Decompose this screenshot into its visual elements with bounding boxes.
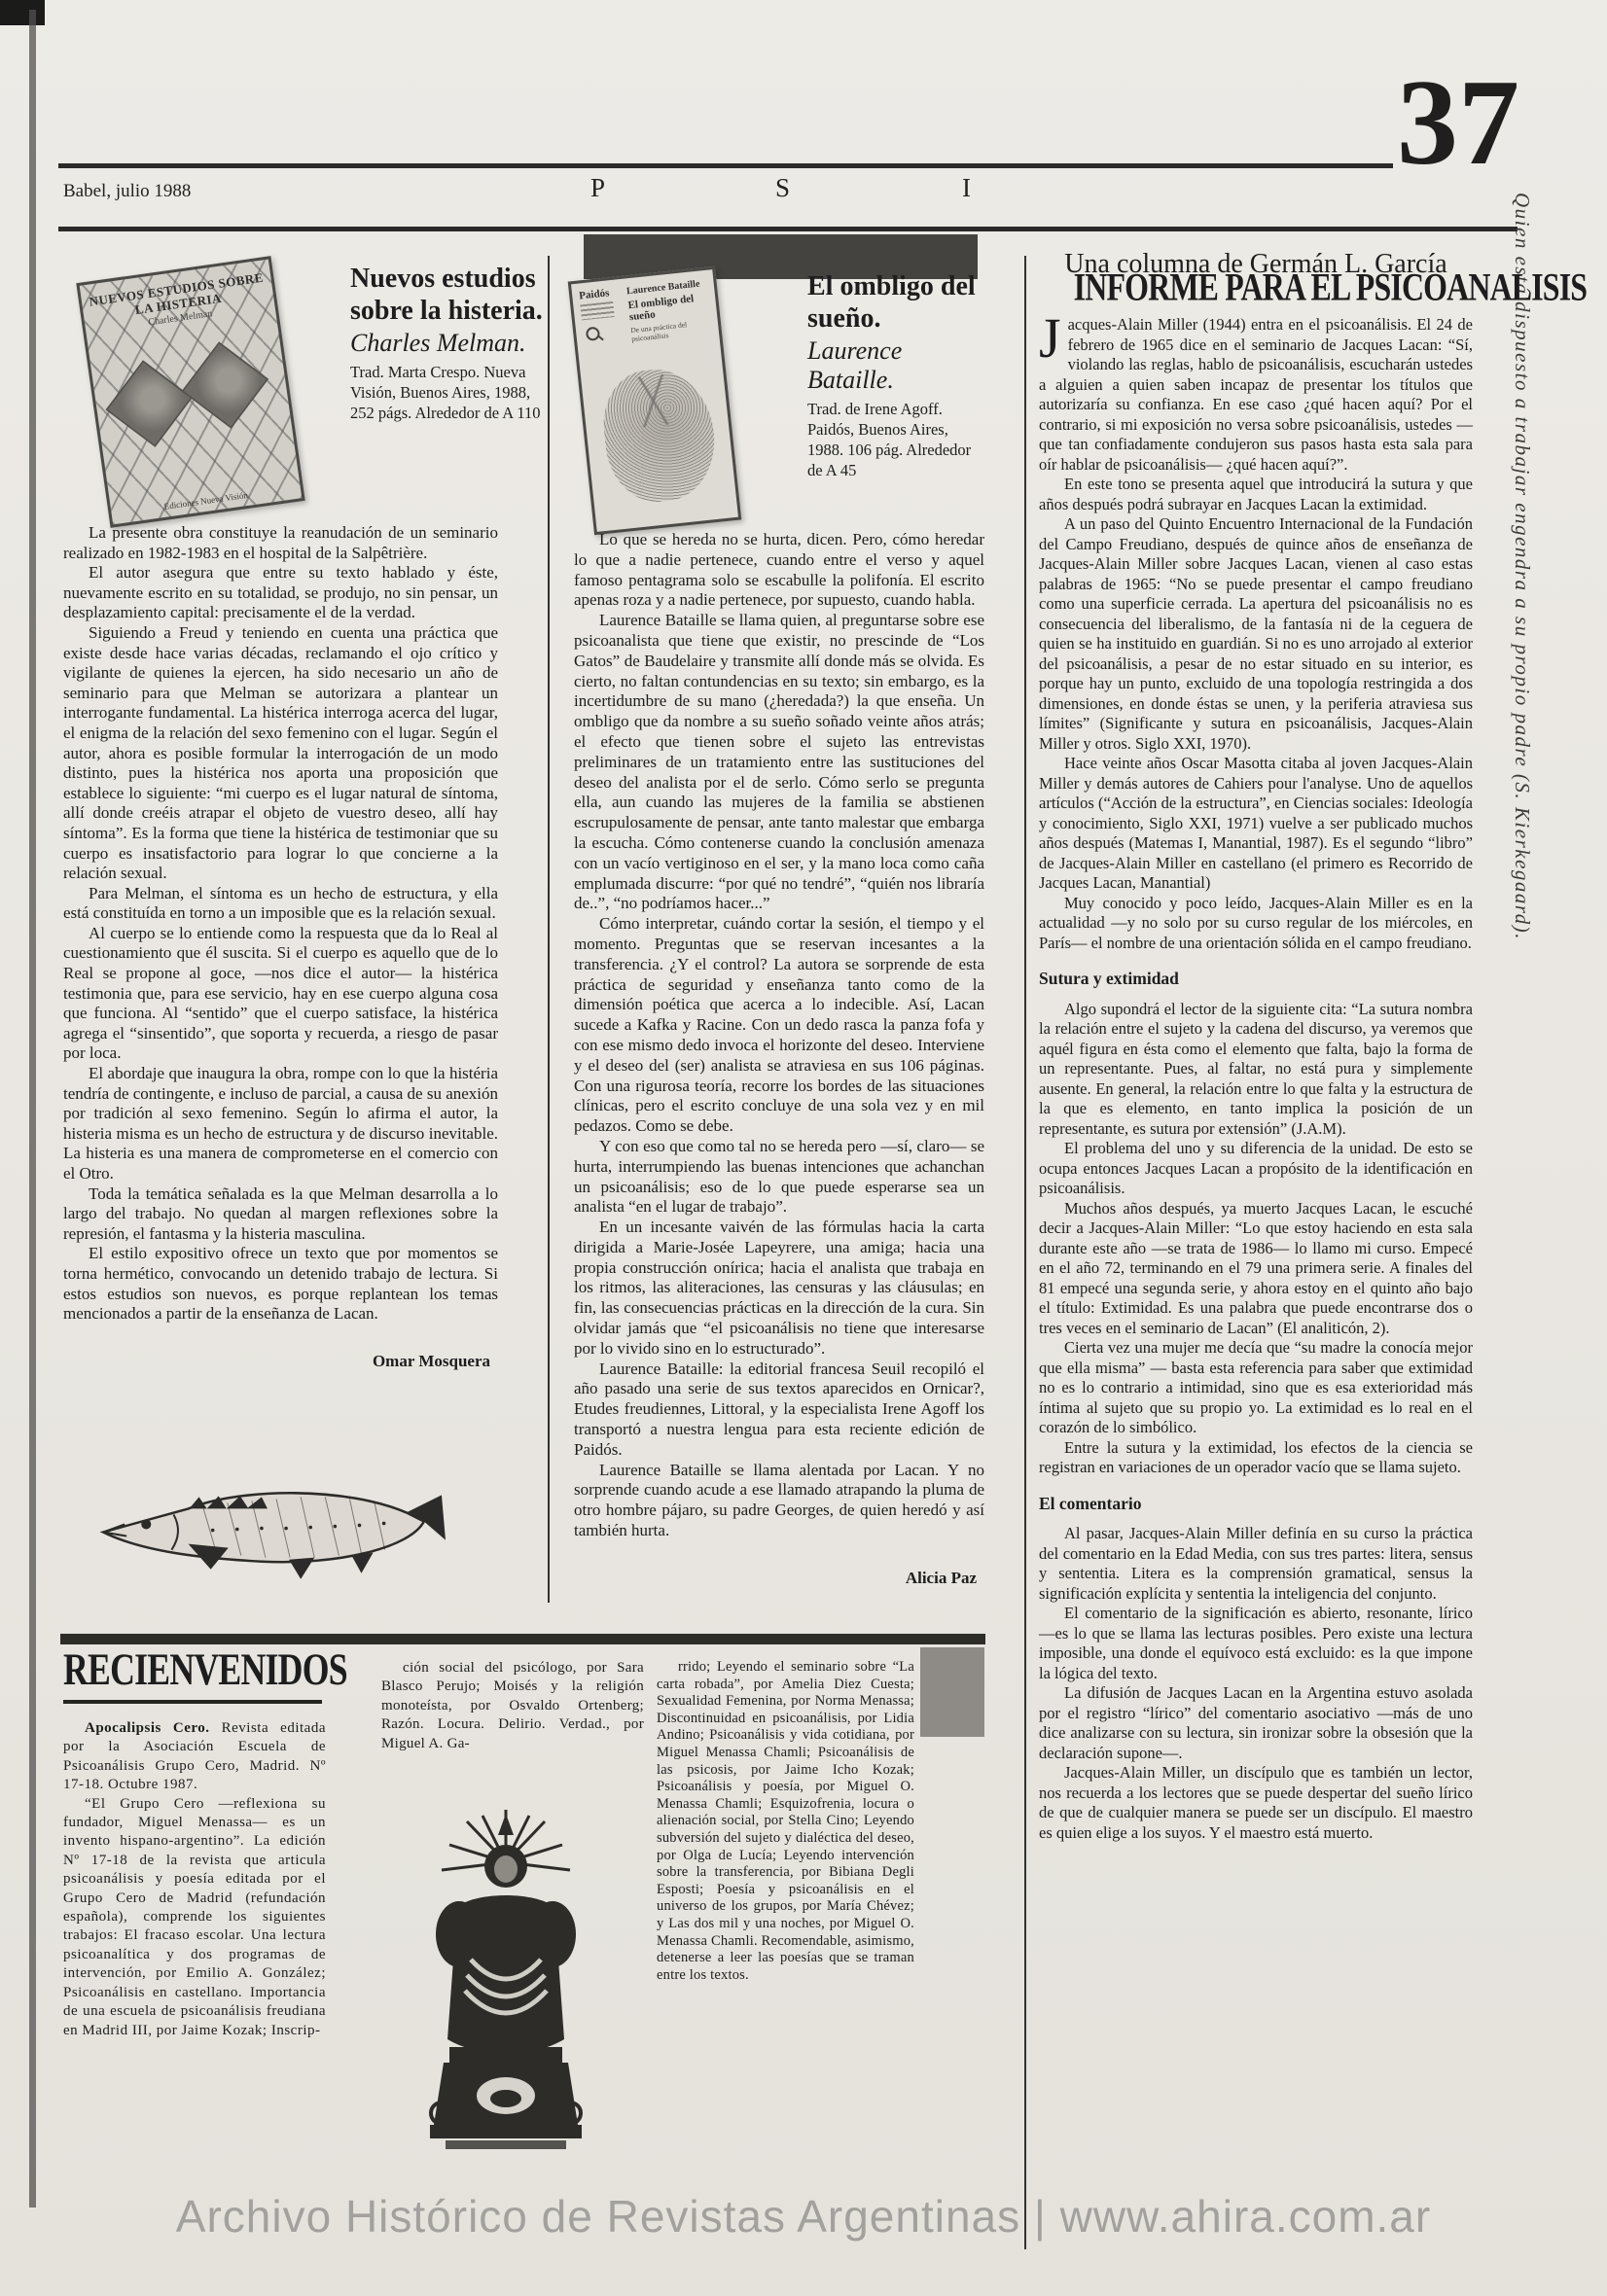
scan-corner-artifact — [0, 0, 45, 25]
review1-author: Charles Melman. — [350, 329, 543, 358]
paragraph: Laurence Bataille se llama quien, al pre… — [574, 611, 984, 914]
review1-byline: Omar Mosquera — [63, 1352, 490, 1372]
paragraph: El estilo expositivo ofrece un texto que… — [63, 1244, 498, 1324]
paragraph: Entre la sutura y la extimidad, los efec… — [1039, 1438, 1473, 1478]
section-letter-i: I — [962, 173, 971, 203]
masthead: Babel, julio 1988 — [63, 181, 191, 202]
paragraph: La difusión de Jacques Lacan en la Argen… — [1039, 1683, 1473, 1763]
statue-engraving-illustration — [416, 1802, 595, 2168]
paragraph: Para Melman, el síntoma es un hecho de e… — [63, 884, 498, 924]
book-cover-melman: NUEVOS ESTUDIOS SOBRE LA HISTERIA Charle… — [76, 256, 304, 528]
magazine-title: Apocalipsis Cero. — [85, 1720, 210, 1736]
cover-collection-lines — [580, 301, 614, 320]
garcia-column: Una columna de Germán L. García INFORME … — [1039, 255, 1473, 1843]
subheading-comentario: El comentario — [1039, 1494, 1473, 1514]
review2-body: Lo que se hereda no se hurta, dicen. Per… — [574, 530, 984, 1589]
paragraph: El comentario de la significación es abi… — [1039, 1604, 1473, 1683]
paragraph: El problema del uno y su diferencia de l… — [1039, 1139, 1473, 1199]
paragraph: Cómo interpretar, cuándo cortar la sesió… — [574, 914, 984, 1137]
column-divider-right — [1024, 256, 1026, 2249]
recienvenidos-heading: RECIENVENIDOS — [63, 1647, 347, 1693]
header-rule-bottom — [58, 227, 1518, 231]
review1-paragraphs: La presente obra constituye la reanudaci… — [63, 523, 498, 1325]
paragraph: Lo que se hereda no se hurta, dicen. Per… — [574, 530, 984, 611]
paragraph: Muchos años después, ya muerto Jacques L… — [1039, 1199, 1473, 1339]
review2-byline: Alicia Paz — [574, 1569, 977, 1589]
header-rule-top — [58, 163, 1393, 168]
magazine-page-scan: Babel, julio 1988 P S I 37 Quien está di… — [0, 0, 1607, 2296]
paragraph: El autor asegura que entre su texto habl… — [63, 563, 498, 623]
cover-etching-illustration — [598, 364, 721, 507]
paragraph: Jacques-Alain Miller, un discípulo que e… — [1039, 1763, 1473, 1843]
paragraph: Al cuerpo se lo entiende como la respues… — [63, 924, 498, 1064]
lead-paragraph-text: acques-Alain Miller (1944) entra en el p… — [1039, 315, 1473, 474]
review2-paragraphs: Lo que se hereda no se hurta, dicen. Per… — [574, 530, 984, 1541]
cover-publisher-logo-text: Paidós — [579, 287, 610, 301]
paragraph: Apocalipsis Cero. Revista editada por la… — [63, 1719, 326, 1795]
paragraph: A un paso del Quinto Encuentro Internaci… — [1039, 514, 1473, 754]
paragraph: En este tono se presenta aquel que intro… — [1039, 475, 1473, 514]
review1-imprint: Trad. Marta Crespo. Nueva Visión, Buenos… — [350, 362, 543, 423]
paragraph: Y con eso que como tal no se hereda pero… — [574, 1137, 984, 1218]
paragraph: Cierta vez una mujer me decía que “su ma… — [1039, 1338, 1473, 1438]
cover-title: El ombligo del sueño — [627, 292, 707, 323]
fish-engraving-illustration — [95, 1459, 447, 1593]
review1-body: La presente obra constituye la reanudaci… — [63, 523, 498, 1371]
recienvenidos-col2: ción social del psicólogo, por Sara Blas… — [381, 1659, 644, 1753]
subheading-sutura: Sutura y extimidad — [1039, 969, 1473, 989]
recienvenidos-underline — [63, 1700, 322, 1704]
paragraph: Laurence Bataille se llama alentada por … — [574, 1461, 984, 1541]
column-s1-paragraphs: Algo supondrá el lector de la siguiente … — [1039, 1000, 1473, 1478]
paragraph: Laurence Bataille: la editorial francesa… — [574, 1360, 984, 1461]
column-lead-paragraphs: En este tono se presenta aquel que intro… — [1039, 475, 1473, 953]
paragraph: Algo supondrá el lector de la siguiente … — [1039, 1000, 1473, 1140]
page-number: 37 — [1397, 62, 1519, 185]
review2-title: El ombligo del sueño. — [807, 270, 988, 335]
paragraph: En un incesante vaivén de las fórmulas h… — [574, 1218, 984, 1360]
paragraph: rrido; Leyendo el seminario sobre “La ca… — [657, 1659, 914, 1984]
archive-footer: Archivo Histórico de Revistas Argentinas… — [0, 2190, 1607, 2243]
review2-header: El ombligo del sueño. Laurence Bataille.… — [807, 270, 988, 480]
cover-subtitle: De una práctica del psicoanálisis — [630, 319, 709, 343]
paragraph: Siguiendo a Freud y teniendo en cuenta u… — [63, 623, 498, 884]
review2-author: Laurence Bataille. — [807, 336, 988, 395]
review1-header: Nuevos estudios sobre la histeria. Charl… — [350, 263, 543, 423]
review1-title: Nuevos estudios sobre la histeria. — [350, 263, 543, 327]
paragraph: La presente obra constituye la reanudaci… — [63, 523, 498, 563]
section-letter-s: S — [775, 173, 790, 203]
lead-paragraph: Jacques-Alain Miller (1944) entra en el … — [1039, 315, 1473, 475]
column-divider-left — [548, 256, 550, 1603]
paragraph: Hace veinte años Oscar Masotta citaba al… — [1039, 754, 1473, 894]
margin-quote: Quien está dispuesto a trabajar engendra… — [1510, 193, 1534, 1301]
column-title: INFORME PARA EL PSICOANALISIS — [1074, 277, 1439, 299]
paragraph: Toda la temática señalada es la que Melm… — [63, 1184, 498, 1245]
paragraph: El abordaje que inaugura la obra, rompe … — [63, 1064, 498, 1184]
column-s2-paragraphs: Al pasar, Jacques-Alain Miller definía e… — [1039, 1524, 1473, 1843]
paragraph: “El Grupo Cero —reflexiona su fundador, … — [63, 1795, 326, 2040]
drop-cap: J — [1039, 315, 1068, 360]
review2-imprint: Trad. de Irene Agoff. Paidós, Buenos Air… — [807, 399, 988, 480]
paragraph: ción social del psicólogo, por Sara Blas… — [381, 1659, 644, 1753]
paragraph: Al pasar, Jacques-Alain Miller definía e… — [1039, 1524, 1473, 1604]
magnifier-icon — [586, 327, 600, 341]
recienvenidos-col3: rrido; Leyendo el seminario sobre “La ca… — [657, 1659, 914, 1984]
gray-block — [920, 1647, 984, 1737]
section-letter-p: P — [590, 173, 605, 203]
paragraph: Muy conocido y poco leído, Jacques-Alain… — [1039, 894, 1473, 954]
recienvenidos-col1: Apocalipsis Cero. Revista editada por la… — [63, 1719, 326, 2040]
section-black-bar — [60, 1634, 985, 1644]
scan-edge-artifact — [29, 10, 36, 2208]
book-cover-bataille: Paidós Laurence Bataille El ombligo del … — [568, 266, 742, 535]
